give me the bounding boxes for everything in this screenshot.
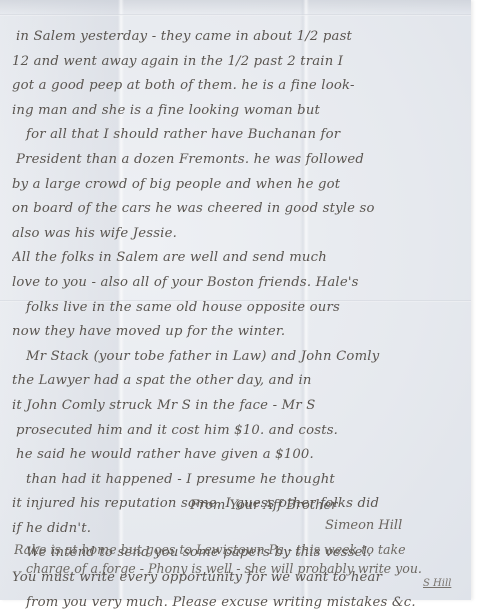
letter-body: in Salem yesterday - they came in about … <box>12 25 464 600</box>
body-line: it John Comly struck Mr S in the face - … <box>12 394 464 419</box>
postscript-line: charge of a forge - Phony is well - she … <box>14 559 464 578</box>
body-line: Mr Stack (your tobe father in Law) and J… <box>12 345 464 370</box>
body-line: 12 and went away again in the 1/2 past 2… <box>12 50 464 75</box>
body-line: by a large crowd of big people and when … <box>12 173 464 198</box>
body-line: he said he would rather have given a $10… <box>12 443 464 468</box>
body-line: now they have moved up for the winter. <box>12 320 464 345</box>
letter-signature: Simeon Hill <box>325 518 402 533</box>
postscript: Rake is at home but goes to Lewistown Pa… <box>14 540 464 578</box>
body-line: got a good peep at both of them. he is a… <box>12 74 464 99</box>
postscript-line: Rake is at home but goes to Lewistown Pa… <box>14 540 464 559</box>
initials-mark: S Hill <box>423 578 451 589</box>
letter-closing: From Your Aff Brother <box>190 498 337 513</box>
body-line: love to you - also all of your Boston fr… <box>12 271 464 296</box>
body-line: prosecuted him and it cost him $10. and … <box>12 419 464 444</box>
fold-crease <box>0 14 471 16</box>
body-line: the Lawyer had a spat the other day, and… <box>12 369 464 394</box>
letter-page: in Salem yesterday - they came in about … <box>0 0 471 600</box>
body-line: than had it happened - I presume he thou… <box>12 468 464 493</box>
body-line: from you very much. Please excuse writin… <box>12 591 464 600</box>
body-line: also was his wife Jessie. <box>12 222 464 247</box>
body-line: on board of the cars he was cheered in g… <box>12 197 464 222</box>
body-line: All the folks in Salem are well and send… <box>12 246 464 271</box>
body-line: folks live in the same old house opposit… <box>12 296 464 321</box>
body-line: President than a dozen Fremonts. he was … <box>12 148 464 173</box>
body-line: ing man and she is a fine looking woman … <box>12 99 464 124</box>
body-line: in Salem yesterday - they came in about … <box>12 25 464 50</box>
body-line: for all that I should rather have Buchan… <box>12 123 464 148</box>
